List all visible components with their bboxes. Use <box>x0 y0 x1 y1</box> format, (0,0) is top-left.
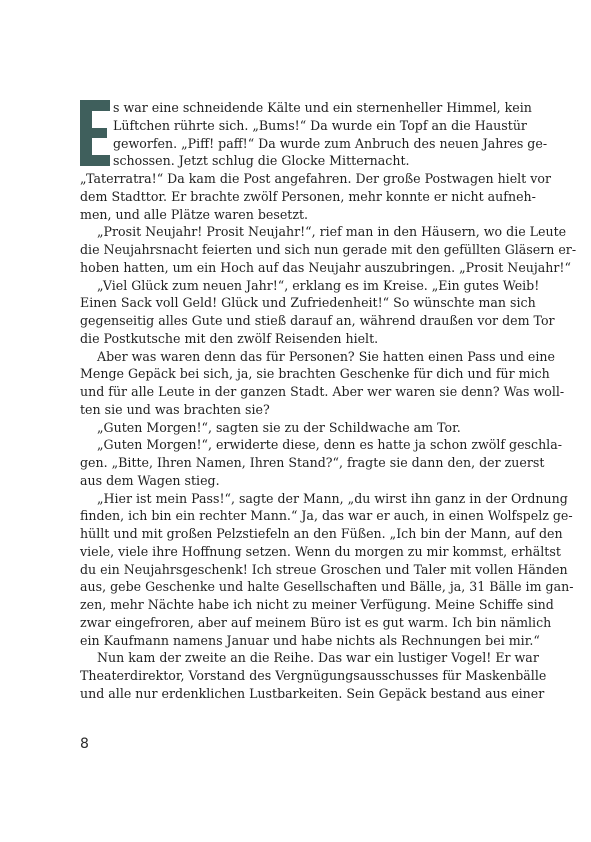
text-line: „Hier ist mein Pass!“, sagte der Mann, „… <box>80 490 506 508</box>
text-line: Menge Gepäck bei sich, ja, sie brachten … <box>80 365 506 383</box>
text-line: Lüftchen rührte sich. „Bums!“ Da wurde e… <box>80 117 506 135</box>
text-line: s war eine schneidende Kälte und ein ste… <box>80 99 506 117</box>
text-line: aus, gebe Geschenke und halte Gesellscha… <box>80 578 506 596</box>
text-line: men, und alle Plätze waren besetzt. <box>80 206 506 224</box>
book-page: s war eine schneidende Kälte und ein ste… <box>0 0 591 842</box>
text-line: zen, mehr Nächte habe ich nicht zu meine… <box>80 596 506 614</box>
text-line: schossen. Jetzt schlug die Glocke Mitter… <box>80 152 506 170</box>
text-line: hüllt und mit großen Pelzstiefeln an den… <box>80 525 506 543</box>
text-line: ein Kaufmann namens Januar und habe nich… <box>80 632 506 650</box>
text-line: dem Stadttor. Er brachte zwölf Personen,… <box>80 188 506 206</box>
text-line: Einen Sack voll Geld! Glück und Zufriede… <box>80 294 506 312</box>
text-line: „Prosit Neujahr! Prosit Neujahr!“, rief … <box>80 223 506 241</box>
body-text: s war eine schneidende Kälte und ein ste… <box>80 99 506 703</box>
text-line: du ein Neujahrsgeschenk! Ich streue Gros… <box>80 561 506 579</box>
text-line: und alle nur erdenklichen Lustbarkeiten.… <box>80 685 506 703</box>
text-line: und für alle Leute in der ganzen Stadt. … <box>80 383 506 401</box>
text-line: „Guten Morgen!“, sagten sie zu der Schil… <box>80 419 506 437</box>
text-line: „Viel Glück zum neuen Jahr!“, erklang es… <box>80 277 506 295</box>
text-line: Aber was waren denn das für Personen? Si… <box>80 348 506 366</box>
text-line: hoben hatten, um ein Hoch auf das Neujah… <box>80 259 506 277</box>
text-line: die Neujahrsnacht feierten und sich nun … <box>80 241 506 259</box>
text-line: Theaterdirektor, Vorstand des Vergnügung… <box>80 667 506 685</box>
text-line: geworfen. „Piff! paff!“ Da wurde zum Anb… <box>80 135 506 153</box>
text-line: aus dem Wagen stieg. <box>80 472 506 490</box>
text-line: finden, ich bin ein rechter Mann.“ Ja, d… <box>80 507 506 525</box>
text-line: Nun kam der zweite an die Reihe. Das war… <box>80 649 506 667</box>
text-line: die Postkutsche mit den zwölf Reisenden … <box>80 330 506 348</box>
text-line: „Guten Morgen!“, erwiderte diese, denn e… <box>80 436 506 454</box>
page-number: 8 <box>80 736 89 752</box>
text-line: „Taterratra!“ Da kam die Post angefahren… <box>80 170 506 188</box>
text-line: gen. „Bitte, Ihren Namen, Ihren Stand?“,… <box>80 454 506 472</box>
text-line: zwar eingefroren, aber auf meinem Büro i… <box>80 614 506 632</box>
text-line: gegenseitig alles Gute und stieß darauf … <box>80 312 506 330</box>
text-line: ten sie und was brachten sie? <box>80 401 506 419</box>
text-line: viele, viele ihre Hoffnung setzen. Wenn … <box>80 543 506 561</box>
